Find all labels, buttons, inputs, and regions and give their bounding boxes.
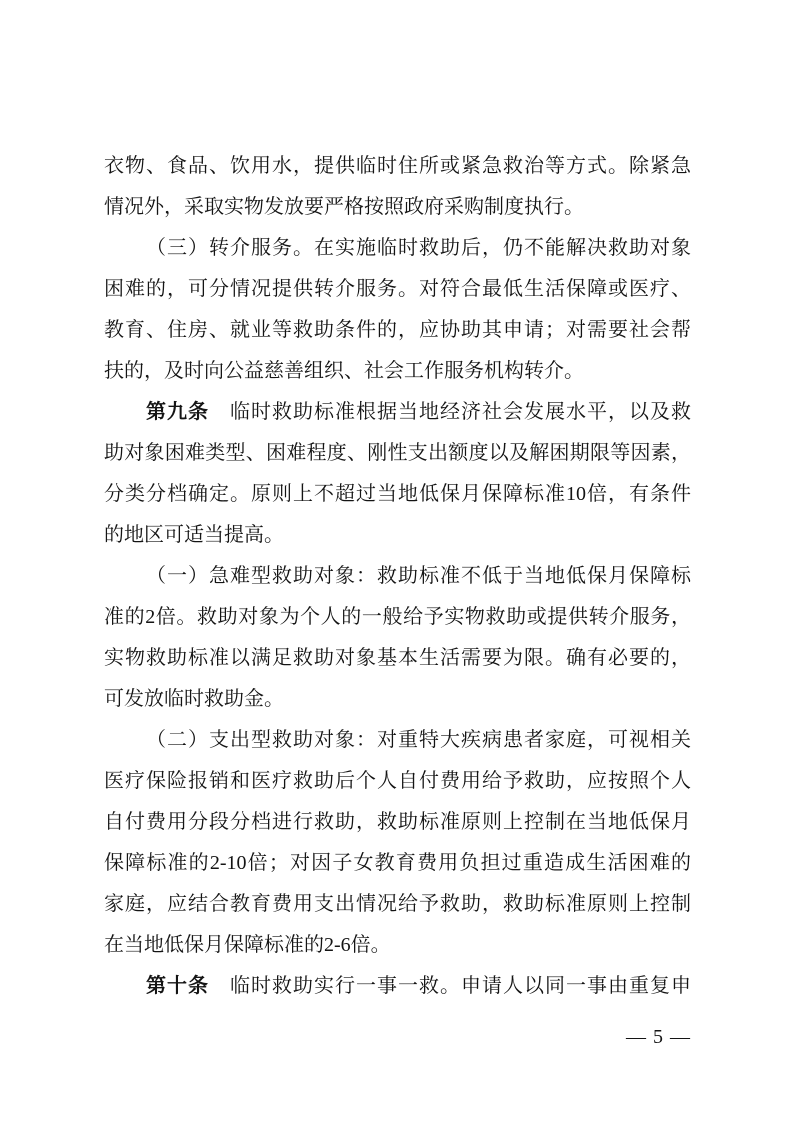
text-line: 扶的，及时向公益慈善组织、社会工作服务机构转介。: [104, 351, 691, 392]
text-line: 情况外，采取实物发放要严格按照政府采购制度执行。: [104, 187, 691, 228]
paragraph: （三）转介服务。在实施临时救助后，仍不能解决救助对象困难的，可分情况提供转介服务…: [104, 228, 691, 392]
text-segment: 保障标准的2-10倍；对因子女教育费用负担过重造成生活困难的: [104, 852, 691, 874]
text-line: 衣物、食品、饮用水，提供临时住所或紧急救治等方式。除紧急: [104, 146, 691, 187]
text-line: 的地区可适当提高。: [104, 515, 691, 556]
text-segment: 医疗保险报销和医疗救助后个人自付费用给予救助，应按照个人: [104, 770, 691, 792]
text-line: 第十条 临时救助实行一事一救。申请人以同一事由重复申: [104, 966, 691, 1007]
page-number: — 5 —: [626, 1020, 691, 1054]
text-line: （三）转介服务。在实施临时救助后，仍不能解决救助对象: [104, 228, 691, 269]
article-heading: 第九条: [146, 401, 209, 423]
paragraph: 第九条 临时救助标准根据当地经济社会发展水平，以及救助对象困难类型、困难程度、刚…: [104, 392, 691, 556]
text-line: 在当地低保月保障标准的2-6倍。: [104, 925, 691, 966]
text-segment: 衣物、食品、饮用水，提供临时住所或紧急救治等方式。除紧急: [104, 155, 691, 177]
text-segment: （二）支出型救助对象：对重特大疾病患者家庭，可视相关: [146, 729, 691, 751]
text-segment: 家庭，应结合教育费用支出情况给予救助，救助标准原则上控制: [104, 893, 691, 915]
text-line: 第九条 临时救助标准根据当地经济社会发展水平，以及救: [104, 392, 691, 433]
text-line: （二）支出型救助对象：对重特大疾病患者家庭，可视相关: [104, 720, 691, 761]
text-segment: 情况外，采取实物发放要严格按照政府采购制度执行。: [104, 196, 584, 218]
text-line: 分类分档确定。原则上不超过当地低保月保障标准10倍，有条件: [104, 474, 691, 515]
text-segment: 的地区可适当提高。: [104, 524, 284, 546]
text-segment: （一）急难型救助对象：救助标准不低于当地低保月保障标: [146, 565, 691, 587]
text-segment: 临时救助实行一事一救。申请人以同一事由重复申: [209, 975, 691, 997]
text-segment: 困难的，可分情况提供转介服务。对符合最低生活保障或医疗、: [104, 278, 691, 300]
text-segment: 在当地低保月保障标准的2-6倍。: [104, 934, 391, 956]
text-segment: （三）转介服务。在实施临时救助后，仍不能解决救助对象: [146, 237, 691, 259]
text-segment: 临时救助标准根据当地经济社会发展水平，以及救: [209, 401, 691, 423]
article-heading: 第十条: [146, 975, 209, 997]
text-line: 家庭，应结合教育费用支出情况给予救助，救助标准原则上控制: [104, 884, 691, 925]
paragraph: （二）支出型救助对象：对重特大疾病患者家庭，可视相关医疗保险报销和医疗救助后个人…: [104, 720, 691, 966]
document-body: 衣物、食品、饮用水，提供临时住所或紧急救治等方式。除紧急情况外，采取实物发放要严…: [104, 146, 691, 1007]
text-segment: 准的2倍。救助对象为个人的一般给予实物救助或提供转介服务，: [104, 606, 691, 628]
paragraph: （一）急难型救助对象：救助标准不低于当地低保月保障标准的2倍。救助对象为个人的一…: [104, 556, 691, 720]
text-line: 可发放临时救助金。: [104, 679, 691, 720]
text-segment: 扶的，及时向公益慈善组织、社会工作服务机构转介。: [104, 360, 584, 382]
text-line: 教育、住房、就业等救助条件的，应协助其申请；对需要社会帮: [104, 310, 691, 351]
text-segment: 助对象困难类型、困难程度、刚性支出额度以及解困期限等因素，: [104, 442, 691, 464]
text-line: 医疗保险报销和医疗救助后个人自付费用给予救助，应按照个人: [104, 761, 691, 802]
text-line: （一）急难型救助对象：救助标准不低于当地低保月保障标: [104, 556, 691, 597]
text-line: 自付费用分段分档进行救助，救助标准原则上控制在当地低保月: [104, 802, 691, 843]
text-segment: 教育、住房、就业等救助条件的，应协助其申请；对需要社会帮: [104, 319, 691, 341]
paragraph: 衣物、食品、饮用水，提供临时住所或紧急救治等方式。除紧急情况外，采取实物发放要严…: [104, 146, 691, 228]
text-line: 困难的，可分情况提供转介服务。对符合最低生活保障或医疗、: [104, 269, 691, 310]
document-page: 衣物、食品、饮用水，提供临时住所或紧急救治等方式。除紧急情况外，采取实物发放要严…: [0, 0, 793, 1122]
text-segment: 实物救助标准以满足救助对象基本生活需要为限。确有必要的，: [104, 647, 691, 669]
text-segment: 自付费用分段分档进行救助，救助标准原则上控制在当地低保月: [104, 811, 691, 833]
text-segment: 分类分档确定。原则上不超过当地低保月保障标准10倍，有条件: [104, 483, 691, 505]
text-line: 准的2倍。救助对象为个人的一般给予实物救助或提供转介服务，: [104, 597, 691, 638]
text-line: 助对象困难类型、困难程度、刚性支出额度以及解困期限等因素，: [104, 433, 691, 474]
text-line: 保障标准的2-10倍；对因子女教育费用负担过重造成生活困难的: [104, 843, 691, 884]
text-line: 实物救助标准以满足救助对象基本生活需要为限。确有必要的，: [104, 638, 691, 679]
paragraph: 第十条 临时救助实行一事一救。申请人以同一事由重复申: [104, 966, 691, 1007]
text-segment: 可发放临时救助金。: [104, 688, 284, 710]
